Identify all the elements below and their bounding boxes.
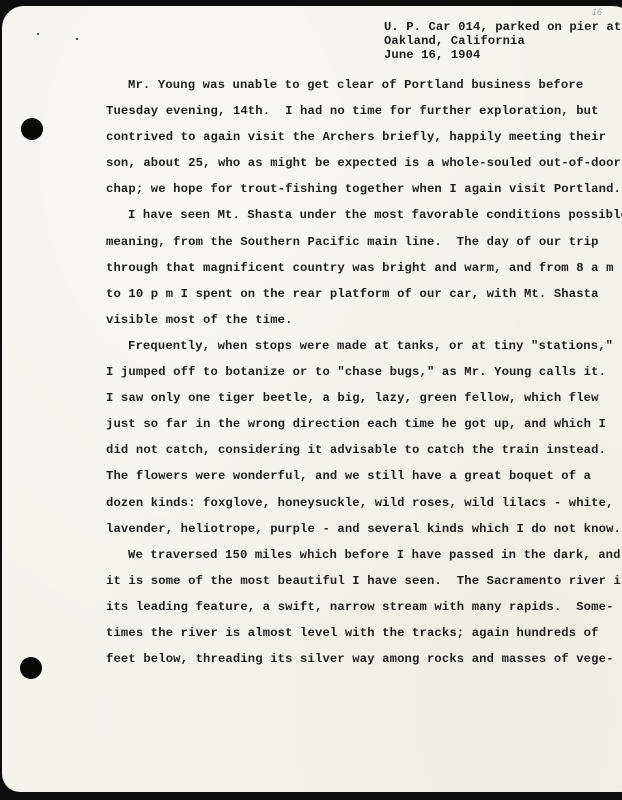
page-number-annotation: 16 — [592, 7, 602, 17]
paper-speck — [37, 33, 39, 35]
text-line: I saw only one tiger beetle, a big, lazy… — [106, 385, 622, 411]
text-line: meaning, from the Southern Pacific main … — [106, 229, 622, 255]
text-line: contrived to again visit the Archers bri… — [106, 124, 622, 150]
header-location: U. P. Car 014, parked on pier at — [384, 20, 621, 34]
text-line: through that magnificent country was bri… — [106, 255, 622, 281]
text-line: The flowers were wonderful, and we still… — [106, 463, 622, 489]
text-line: to 10 p m I spent on the rear platform o… — [106, 281, 622, 307]
text-line: dozen kinds: foxglove, honeysuckle, wild… — [106, 490, 622, 516]
header-city: Oakland, California — [384, 34, 621, 48]
text-line: lavender, heliotrope, purple - and sever… — [106, 516, 622, 542]
text-line: We traversed 150 miles which before I ha… — [106, 542, 622, 568]
text-line: Tuesday evening, 14th. I had no time for… — [106, 98, 622, 124]
text-line: chap; we hope for trout-fishing together… — [106, 176, 622, 202]
letter-header: U. P. Car 014, parked on pier at Oakland… — [384, 20, 621, 63]
paper-speck — [76, 38, 78, 40]
text-line: did not catch, considering it advisable … — [106, 437, 622, 463]
text-line: Frequently, when stops were made at tank… — [106, 333, 622, 359]
text-line: visible most of the time. — [106, 307, 622, 333]
text-line: its leading feature, a swift, narrow str… — [106, 594, 622, 620]
text-line: it is some of the most beautiful I have … — [106, 568, 622, 594]
text-line: son, about 25, who as might be expected … — [106, 150, 622, 176]
letter-body: Mr. Young was unable to get clear of Por… — [106, 72, 622, 672]
text-line: Mr. Young was unable to get clear of Por… — [106, 72, 622, 98]
text-line: I have seen Mt. Shasta under the most fa… — [106, 202, 622, 228]
text-line: times the river is almost level with the… — [106, 620, 622, 646]
punch-hole-top — [21, 118, 43, 140]
text-line: just so far in the wrong direction each … — [106, 411, 622, 437]
text-line: feet below, threading its silver way amo… — [106, 646, 622, 672]
scanned-document: 16 U. P. Car 014, parked on pier at Oakl… — [0, 0, 622, 800]
text-line: I jumped off to botanize or to "chase bu… — [106, 359, 622, 385]
punch-hole-bottom — [20, 657, 42, 679]
header-date: June 16, 1904 — [384, 48, 621, 62]
